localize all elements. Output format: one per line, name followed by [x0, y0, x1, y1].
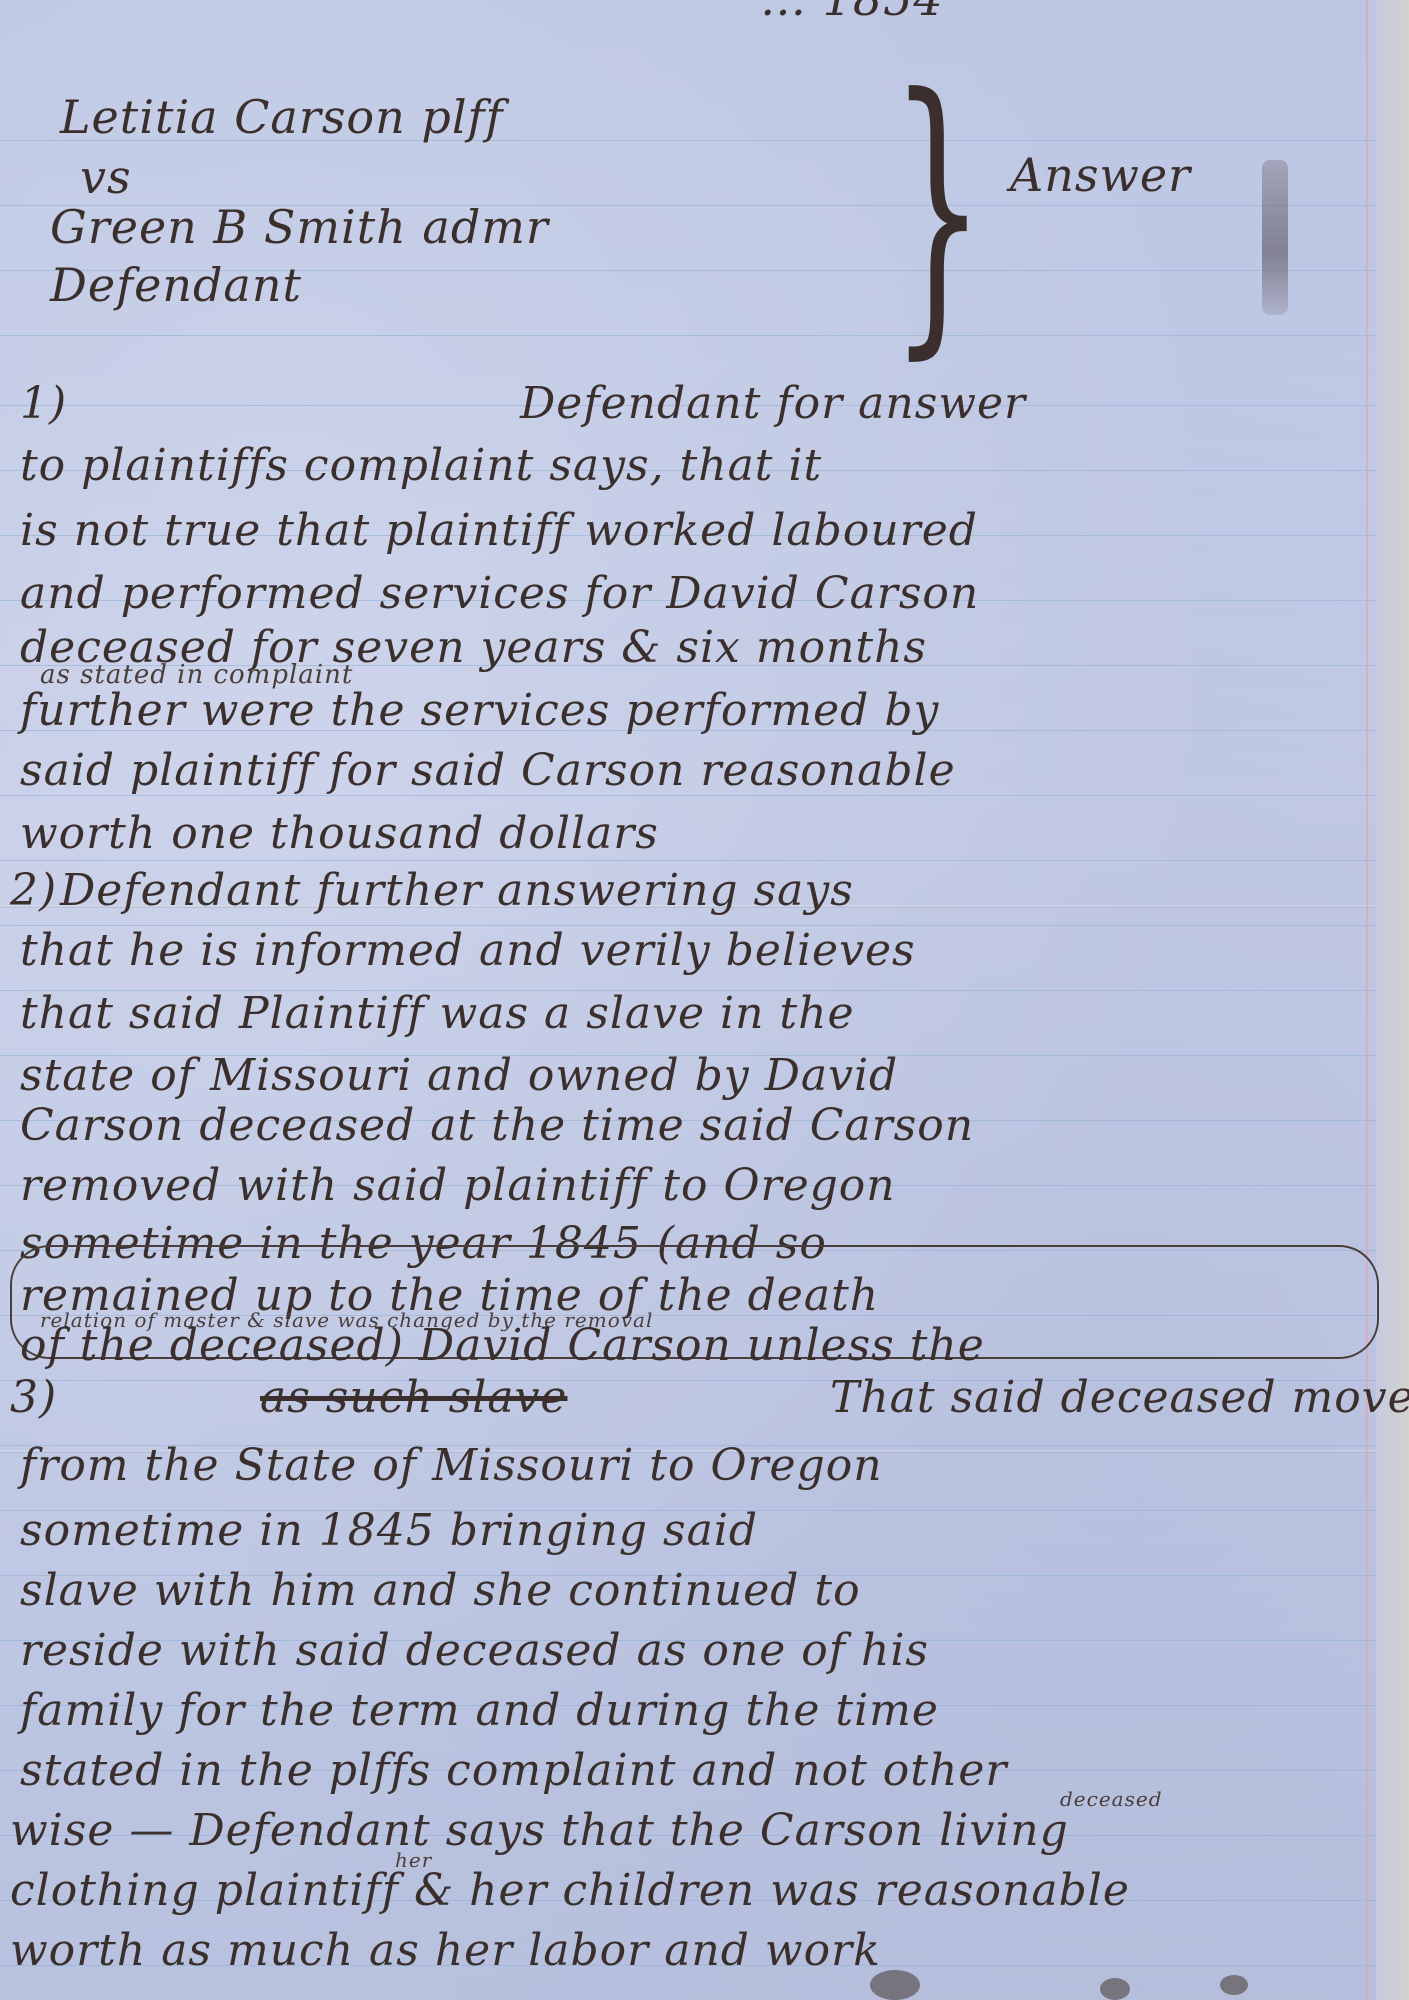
struck-words: as such slave [260, 1372, 567, 1423]
paragraph-line: worth as much as her labor and work [10, 1925, 881, 1976]
interlineation: deceased [1060, 1787, 1163, 1811]
paragraph-line: Defendant further answering says [60, 865, 854, 916]
paragraph-line: reside with said deceased as one of his [20, 1625, 929, 1676]
ink-stain [1100, 1978, 1130, 2000]
paragraph-number: 2) [10, 865, 57, 916]
paragraph-line: of the deceased) David Carson unless the [20, 1320, 985, 1371]
header-date-fragment: … 1854 [760, 0, 944, 26]
paragraph-line: stated in the plffs complaint and not ot… [20, 1745, 1007, 1796]
paragraph-line: wise — Defendant says that the Carson li… [10, 1805, 1069, 1856]
caption-brace: } [890, 60, 920, 360]
paragraph-line: state of Missouri and owned by David [20, 1050, 898, 1101]
caption-plaintiff: Letitia Carson plff [60, 90, 504, 144]
paragraph-number: 3) [10, 1372, 57, 1423]
caption-defendant-name: Green B Smith admr [50, 200, 549, 254]
paragraph-line: clothing plaintiff & her children was re… [10, 1865, 1130, 1916]
document-page: … 1854 Letitia Carson plff vs Green B Sm… [0, 0, 1409, 2000]
paragraph-line: Defendant for answer [520, 378, 1026, 429]
paragraph-line: said plaintiff for said Carson reasonabl… [20, 745, 956, 796]
paragraph-line: to plaintiffs complaint says, that it [20, 440, 822, 491]
paragraph-line: that said Plaintiff was a slave in the [20, 988, 855, 1039]
caption-defendant-role: Defendant [50, 258, 302, 312]
paragraph-number: 1) [20, 378, 67, 429]
caption-versus: vs [80, 150, 132, 204]
page-edge [1376, 0, 1409, 2000]
paragraph-line: from the State of Missouri to Oregon [20, 1440, 883, 1491]
ruled-line [0, 335, 1409, 336]
ink-smear [1262, 160, 1288, 315]
paragraph-line-text: That said deceased moved [830, 1372, 1409, 1423]
paragraph-line: further were the services performed by [20, 685, 939, 736]
paragraph-line: That said deceased moved [830, 1372, 1409, 1423]
caption-title: Answer [1010, 148, 1191, 202]
paragraph-line: removed with said plaintiff to Oregon [20, 1160, 896, 1211]
paragraph-line: slave with him and she continued to [20, 1565, 861, 1616]
paragraph-line: as such slave [70, 1372, 597, 1423]
paragraph-line: worth one thousand dollars [20, 808, 659, 859]
paragraph-line: and performed services for David Carson [20, 568, 979, 619]
ruled-line [0, 860, 1409, 861]
paragraph-line: that he is informed and verily believes [20, 925, 916, 976]
paragraph-line: sometime in 1845 bringing said [20, 1505, 758, 1556]
ink-stain [1220, 1975, 1248, 1995]
paragraph-line: is not true that plaintiff worked labour… [20, 505, 978, 556]
ink-stain [870, 1970, 920, 2000]
margin-line [1366, 0, 1368, 2000]
paragraph-line: family for the term and during the time [20, 1685, 939, 1736]
paragraph-line: Carson deceased at the time said Carson [20, 1100, 974, 1151]
